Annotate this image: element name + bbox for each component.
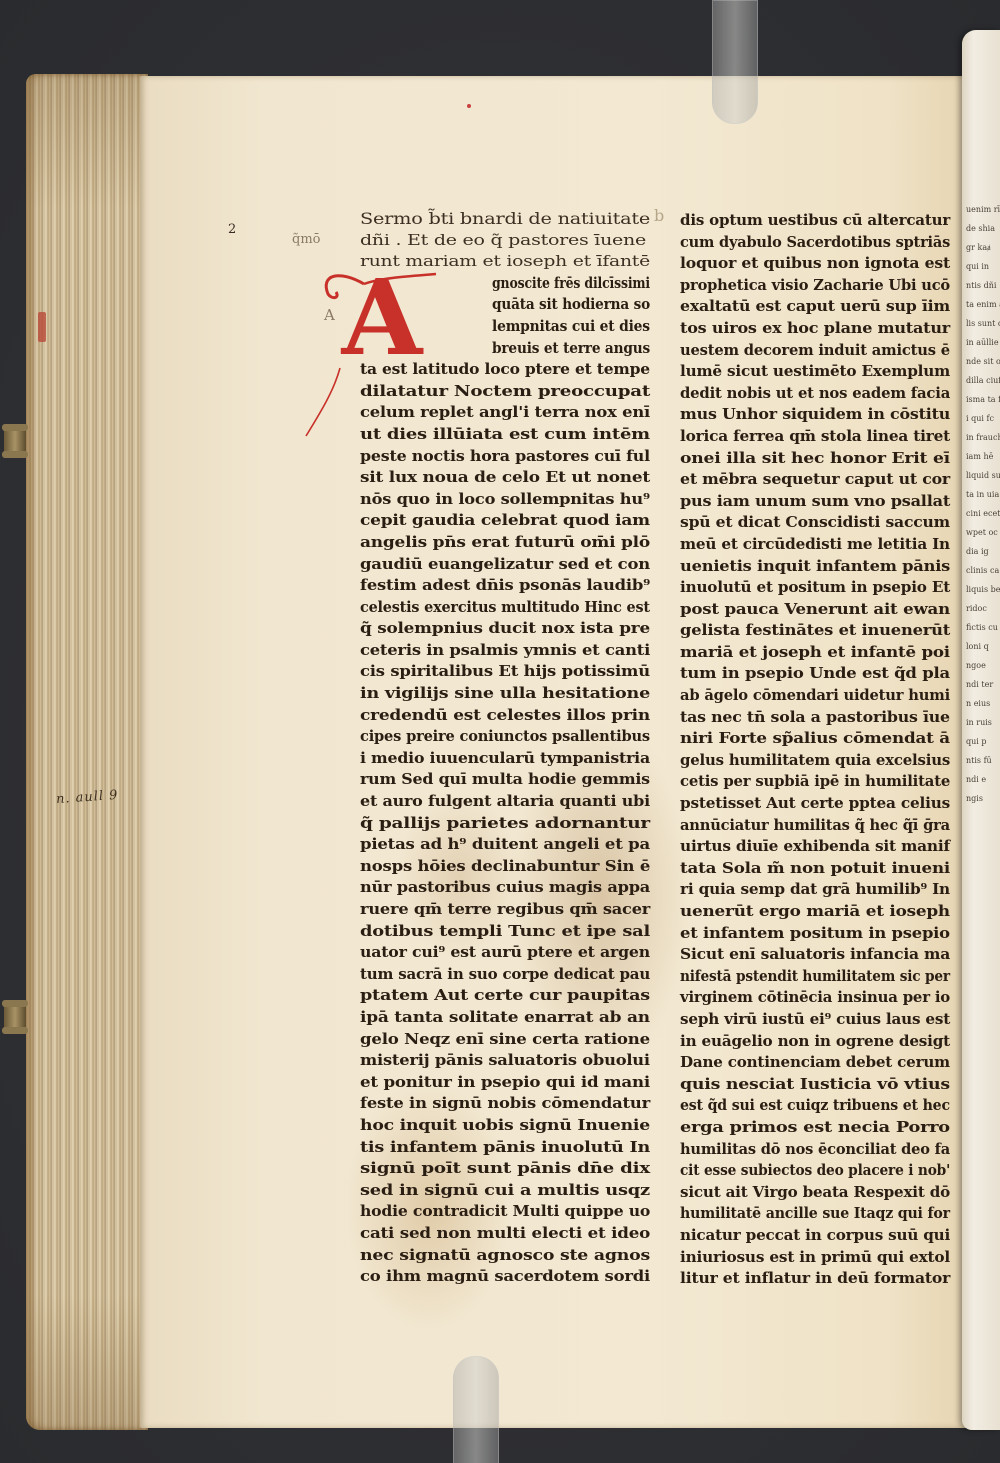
text-line: lumē sicut uestimēto Exemplum [680, 361, 950, 383]
text-line: pietas ad h⁹ duitent angeli et pa [360, 834, 650, 856]
text-line: seph virū iustū ei⁹ cuius laus est [680, 1009, 950, 1031]
text-line: celum replet angl'i terra nox enī [360, 402, 650, 424]
text-line: virginem cōtinēcia insinua per io [680, 987, 950, 1009]
book-fore-edge [26, 74, 148, 1430]
text-line: inuolutū et positum in psepio Et [680, 577, 950, 599]
text-line: tum sacrā in suo corpe dedicat pau [360, 964, 650, 986]
heading-line: runt mariam et ioseph et īfantē [360, 251, 650, 273]
next-page-line: uenim rīau [966, 200, 1000, 219]
text-line: ipā tanta solitate enarrat ab an [360, 1007, 650, 1029]
next-page-line: wpet oc uie [966, 523, 1000, 542]
text-line: uirtus diuīe exhibenda sit manif [680, 836, 950, 858]
text-line: et infantem positum in psepio [680, 923, 950, 945]
text-line: Sicut enī saluatoris infancia ma [680, 944, 950, 966]
text-line: niri Forte sp̃alius cōmendat ā [680, 728, 950, 750]
text-line: sicut ait Virgo beata Respexit dō [680, 1182, 950, 1204]
text-line: co ihm magnū sacerdotem sordi [360, 1266, 650, 1288]
text-line: uestem decorem induit amictus ē [680, 340, 950, 362]
next-page-line: dilla ciuf [966, 371, 1000, 390]
heading-line: dñi . Et de eo q̃ pastores īuene [360, 230, 650, 252]
text-line: quis nesciat Iusticia vō vtius [680, 1074, 950, 1096]
text-line: gelus humilitatem quia excelsius [680, 750, 950, 772]
page-holder-top [712, 0, 758, 124]
text-line: cis spiritalibus Et hijs potissimū [360, 661, 650, 683]
text-line: gaudiū euangelizatur sed et con [360, 554, 650, 576]
next-page-line: ngis [966, 789, 1000, 808]
text-line: et ponitur in psepio qui id mani [360, 1072, 650, 1094]
text-line: pus iam unum sum vno psallat [680, 491, 950, 513]
text-line: q̃ pallijs parietes adornantur [360, 813, 650, 835]
text-line: dedit nobis ut et nos eadem facia [680, 383, 950, 405]
text-line: angelis pn̄s erat futurū om̄i plō [360, 532, 650, 554]
text-line: et mēbra sequetur caput ut cor [680, 469, 950, 491]
text-line: ab āgelo cōmendari uidetur humi [680, 685, 950, 707]
next-page-line: ta in uia [966, 485, 1000, 504]
column-b-marker: b [654, 206, 664, 225]
text-line: breuis et terre angus [360, 338, 650, 360]
next-page-line: qui in [966, 257, 1000, 276]
next-page-edge: uenim rīaude shiagr kaⱥqui inntis dñita … [962, 30, 1000, 1430]
page-holder-bottom [453, 1356, 499, 1463]
next-page-line: liquis be [966, 580, 1000, 599]
next-page-line: dia ig [966, 542, 1000, 561]
text-line: nūr pastoribus cuius magis appa [360, 877, 650, 899]
text-line: nosps hōies declinabuntur Sin ē [360, 856, 650, 878]
next-page-line: clinis ca [966, 561, 1000, 580]
text-line: et auro fulgent altaria quanti ubi [360, 791, 650, 813]
text-line: onei illa sit hec honor Erit eī [680, 448, 950, 470]
text-line: annūciatur humilitas q̃ hec q̃ī ḡra [680, 815, 950, 837]
text-line: ut dies illūiata est cum intēm [360, 424, 650, 446]
next-page-line: ntis dñi [966, 276, 1000, 295]
next-page-line: ntis fū [966, 751, 1000, 770]
text-line: dotibus templi Tunc et ipe sal [360, 921, 650, 943]
next-page-text: uenim rīaude shiagr kaⱥqui inntis dñita … [966, 200, 1000, 808]
text-line: tata Sola m̃ non potuit inueni [680, 858, 950, 880]
text-line: celestis exercitus multitudo Hinc est [360, 597, 650, 619]
text-line: mus Unhor siquidem in cōstitu [680, 404, 950, 426]
text-line: gelo Neqz enī sine certa ratione [360, 1029, 650, 1051]
text-line: feste in signū nobis cōmendatur [360, 1093, 650, 1115]
text-line: cum dyabulo Sacerdotibus sptriās [680, 232, 950, 254]
text-line: spū et dicat Conscidisti saccum [680, 512, 950, 534]
next-page-line: ndi e [966, 770, 1000, 789]
text-line: credendū est celestes illos prin [360, 705, 650, 727]
margin-note: q̃mō [292, 232, 320, 247]
text-line: est q̃d sui est cuiqz tribuens et hec [680, 1095, 950, 1117]
text-line: uenerūt ergo mariā et ioseph [680, 901, 950, 923]
text-line: erga primos est necia Porro [680, 1117, 950, 1139]
text-line: i medio iuuencularū tympanistria [360, 748, 650, 770]
next-page-line: ngoe [966, 656, 1000, 675]
text-line: mariā et joseph et infantē poi [680, 642, 950, 664]
text-line: hodie contradicit Multi quippe uo [360, 1201, 650, 1223]
text-line: hoc inquit uobis signū Inuenie [360, 1115, 650, 1137]
text-line: ceteris in psalmis ymnis et canti [360, 640, 650, 662]
text-line: misterij pānis saluatoris obuolui [360, 1050, 650, 1072]
text-line: exaltatū est caput uerū sup īim [680, 296, 950, 318]
brass-clasp-lower [4, 1000, 26, 1034]
red-ink-dot [467, 104, 471, 108]
next-page-line: isma ta fa [966, 390, 1000, 409]
text-line: ruere qm̄ terre regibus qm̄ sacer [360, 899, 650, 921]
text-line: uenietis inquit infantem pānis [680, 556, 950, 578]
text-line: pstetisset Aut certe pptea celius [680, 793, 950, 815]
text-line: iniuriosus est in primū qui extol [680, 1247, 950, 1269]
text-line: gnoscite frēs dilcīssimi [360, 273, 650, 295]
next-page-line: liquid su [966, 466, 1000, 485]
text-line: nōs quo in loco sollempnitas hu⁹ [360, 489, 650, 511]
text-line: festim adest dn̄is psonās laudib⁹ [360, 575, 650, 597]
next-page-line: iam hē [966, 447, 1000, 466]
text-line: ta est latitudo loco ptere et tempe [360, 359, 650, 381]
text-line: quāta sit hodierna so [360, 294, 650, 316]
next-page-line: lis sunt ot [966, 314, 1000, 333]
text-line: sit lux noua de celo Et ut nonet [360, 467, 650, 489]
next-page-line: ridoc [966, 599, 1000, 618]
margin-number: 2 [228, 222, 236, 237]
next-page-line: in frauch [966, 428, 1000, 447]
next-page-line: gr kaⱥ [966, 238, 1000, 257]
next-page-line: cini ecet [966, 504, 1000, 523]
next-page-line: de shia [966, 219, 1000, 238]
text-column-b: dis optum uestibus cū altercaturcum dyab… [680, 210, 950, 1290]
text-line: humilitatē ancille sue Itaqz qui for [680, 1203, 950, 1225]
text-line: cepit gaudia celebrat quod iam [360, 510, 650, 532]
text-line: ri quia semp dat grā humilib⁹ In [680, 879, 950, 901]
text-line: tos uiros ex hoc plane mutatur [680, 318, 950, 340]
text-line: nicatur peccat in corpus suū qui [680, 1225, 950, 1247]
next-page-line: i qui fc [966, 409, 1000, 428]
text-line: signū poīt sunt pānis dn̄e dix [360, 1158, 650, 1180]
text-line: uator cui⁹ est aurū ptere et argen [360, 942, 650, 964]
next-page-line: ndi ter [966, 675, 1000, 694]
text-line: rum Sed quī multa hodie gemmis [360, 769, 650, 791]
text-line: tum in psepio Unde est q̃d pla [680, 663, 950, 685]
text-line: in euāgelio non in ogrene desigt [680, 1031, 950, 1053]
text-line: q̃ solempnius ducit nox ista pre [360, 618, 650, 640]
next-page-line: fictis cu [966, 618, 1000, 637]
text-line: post pauca Venerunt ait ewan [680, 599, 950, 621]
text-line: loquor et quibus non ignota est [680, 253, 950, 275]
text-line: Dane continenciam debet cerum [680, 1052, 950, 1074]
next-page-line: n eius [966, 694, 1000, 713]
text-line: dilatatur Noctem preoccupat [360, 381, 650, 403]
text-line: cati sed non multi electi et ideo [360, 1223, 650, 1245]
text-line: peste noctis hora pastores cuī ful [360, 446, 650, 468]
text-column-a: Sermo b̃ti bnardi de natiuitate dñi . Et… [360, 208, 650, 1288]
heading-line: Sermo b̃ti bnardi de natiuitate [360, 208, 650, 230]
next-page-line: nde sit o [966, 352, 1000, 371]
next-page-line: ta enim aū [966, 295, 1000, 314]
text-line: tis infantem pānis inuolutū In [360, 1137, 650, 1159]
next-page-line: in ruis [966, 713, 1000, 732]
text-line: humilitas dō nos ēconciliat deo fa [680, 1139, 950, 1161]
text-line: meū et circūdedisti me letitia In [680, 534, 950, 556]
text-line: dis optum uestibus cū altercatur [680, 210, 950, 232]
next-page-line: in aūllie [966, 333, 1000, 352]
text-line: cetis per supbiā ipē in humilitate [680, 771, 950, 793]
text-line: nifestā pstendit humilitatem sic per [680, 966, 950, 988]
text-line: lempnitas cui et dies [360, 316, 650, 338]
text-line: cit esse subiectos deo placere i nob' [680, 1160, 950, 1182]
text-line: prophetica visio Zacharie Ubi ucō [680, 275, 950, 297]
text-line: in vigilijs sine ulla hesitatione [360, 683, 650, 705]
text-line: gelista festinātes et inuenerūt [680, 620, 950, 642]
next-page-line: loni q [966, 637, 1000, 656]
next-page-line: qui p [966, 732, 1000, 751]
text-line: sed in signū cui a multis usqz [360, 1180, 650, 1202]
text-line: cipes preire coniunctos psallentibus [360, 726, 650, 748]
brass-clasp-upper [4, 424, 26, 458]
text-line: ptatem Aut certe cur paupitas [360, 985, 650, 1007]
red-tab-marker [38, 312, 46, 342]
text-line: nec signatū agnosco ste agnos [360, 1245, 650, 1267]
text-line: lorica ferrea qm̄ stola linea tiret [680, 426, 950, 448]
text-line: litur et inflatur in deū formator [680, 1268, 950, 1290]
text-line: tas nec tn̄ sola a pastoribus īue [680, 707, 950, 729]
